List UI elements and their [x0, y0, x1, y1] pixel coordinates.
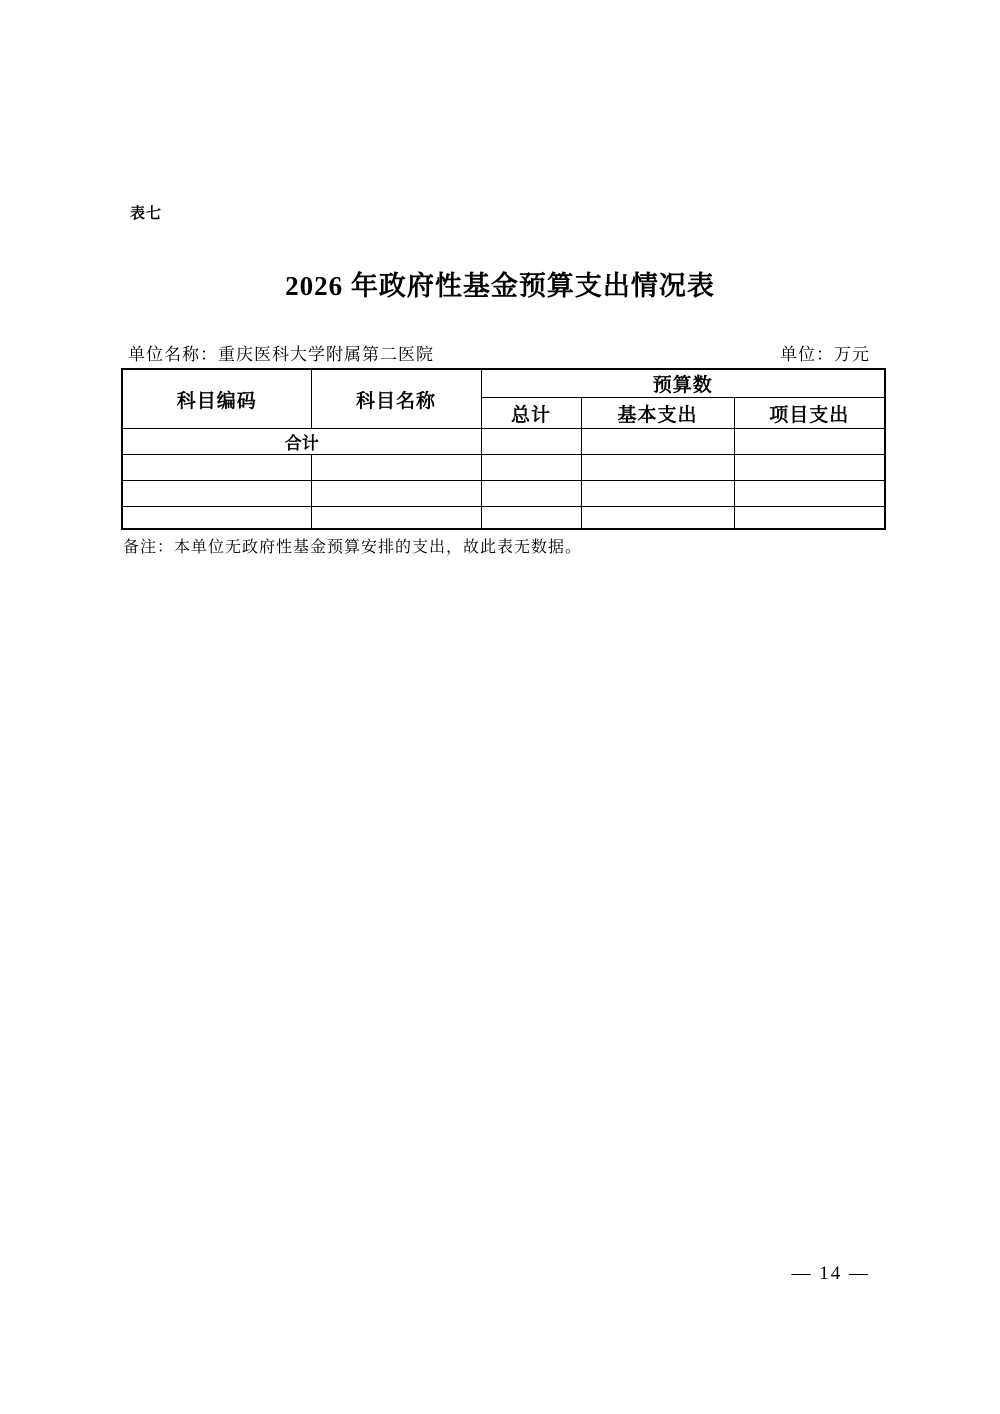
table-row [122, 507, 885, 529]
cell-project [734, 507, 885, 529]
unit-measure-label: 单位：万元 [780, 340, 884, 365]
column-header-total: 总计 [481, 398, 581, 429]
cell-basic [581, 455, 734, 481]
document-page: 表七 2026 年政府性基金预算支出情况表 单位名称：重庆医科大学附属第二医院 … [0, 0, 1000, 1414]
total-value-project [734, 429, 885, 455]
cell-total [481, 507, 581, 529]
column-header-subject-name: 科目名称 [311, 369, 481, 429]
table-row [122, 455, 885, 481]
page-number: — 14 — [792, 1263, 871, 1285]
cell-total [481, 455, 581, 481]
cell-project [734, 481, 885, 507]
cell-subject-name [311, 455, 481, 481]
unit-name-label: 单位名称：重庆医科大学附属第二医院 [121, 340, 434, 365]
cell-subject-code [122, 481, 311, 507]
total-value-basic [581, 429, 734, 455]
table-row [122, 481, 885, 507]
column-header-project-expenditure: 项目支出 [734, 398, 885, 429]
budget-table: 科目编码 科目名称 预算数 总计 基本支出 项目支出 合计 [121, 368, 886, 530]
column-header-budget-group: 预算数 [481, 369, 885, 398]
cell-project [734, 455, 885, 481]
column-header-subject-code: 科目编码 [122, 369, 311, 429]
table-number-label: 表七 [130, 202, 162, 223]
total-row-label: 合计 [122, 429, 481, 455]
cell-subject-name [311, 481, 481, 507]
table-header-row-1: 科目编码 科目名称 预算数 [122, 369, 885, 398]
total-value-total [481, 429, 581, 455]
column-header-basic-expenditure: 基本支出 [581, 398, 734, 429]
page-title: 2026 年政府性基金预算支出情况表 [0, 264, 1000, 303]
unit-info-line: 单位名称：重庆医科大学附属第二医院 单位：万元 [121, 340, 884, 365]
cell-basic [581, 481, 734, 507]
table-row-total: 合计 [122, 429, 885, 455]
footnote: 备注：本单位无政府性基金预算安排的支出，故此表无数据。 [123, 534, 582, 557]
cell-subject-name [311, 507, 481, 529]
cell-total [481, 481, 581, 507]
cell-subject-code [122, 507, 311, 529]
cell-basic [581, 507, 734, 529]
cell-subject-code [122, 455, 311, 481]
